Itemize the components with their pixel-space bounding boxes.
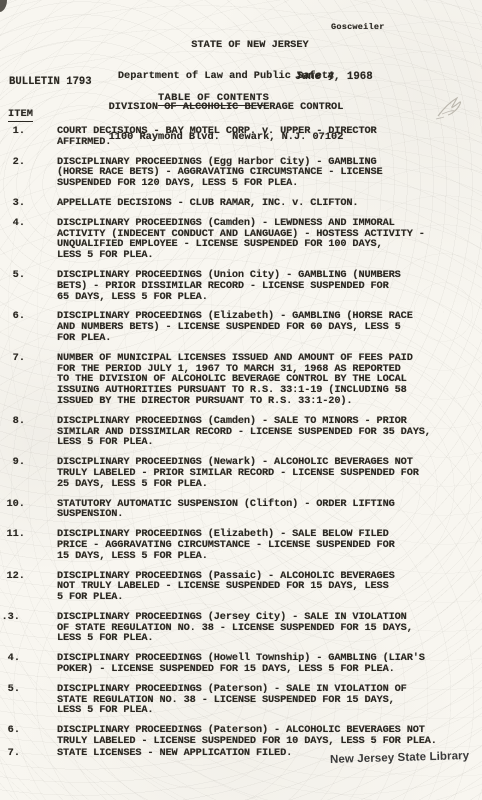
toc-item-text: DISCIPLINARY PROCEEDINGS (Paterson) - AL…	[57, 725, 437, 747]
scanned-document-page: STATE OF NEW JERSEY Department of Law an…	[0, 0, 482, 800]
bulletin-number: BULLETIN 1793	[9, 76, 92, 88]
toc-item-13: .3.DISCIPLINARY PROCEEDINGS (Jersey City…	[0, 612, 482, 644]
toc-item-text: DISCIPLINARY PROCEEDINGS (Paterson) - SA…	[57, 684, 407, 716]
toc-item-9: 9.DISCIPLINARY PROCEEDINGS (Newark) - AL…	[0, 457, 482, 489]
item-column-header: ITEM	[8, 108, 33, 122]
toc-item-number: 6.	[0, 311, 25, 343]
table-of-contents-list: 1.COURT DECISIONS - BAY MOTEL CORP. v. U…	[0, 126, 482, 768]
toc-item-number: 8.	[0, 416, 25, 448]
toc-item-10: 10.STATUTORY AUTOMATIC SUSPENSION (Clift…	[0, 499, 482, 521]
document-date: June 4, 1968	[295, 71, 373, 83]
toc-item-text: APPELLATE DECISIONS - CLUB RAMAR, INC. v…	[57, 198, 358, 209]
toc-item-text: DISCIPLINARY PROCEEDINGS (Camden) - SALE…	[57, 416, 431, 448]
toc-item-number: 12.	[0, 571, 25, 603]
toc-item-number: 7.	[0, 748, 20, 759]
toc-item-15: 5.DISCIPLINARY PROCEEDINGS (Paterson) - …	[0, 684, 482, 716]
toc-item-text: DISCIPLINARY PROCEEDINGS (Camden) - LEWD…	[57, 218, 425, 261]
toc-item-text: COURT DECISIONS - BAY MOTEL CORP. v. UPP…	[57, 126, 377, 148]
toc-item-number: 4.	[0, 218, 25, 261]
toc-item-text: DISCIPLINARY PROCEEDINGS (Jersey City) -…	[57, 612, 413, 644]
toc-item-number: 3.	[0, 198, 25, 209]
toc-item-14: 4.DISCIPLINARY PROCEEDINGS (Howell Towns…	[0, 653, 482, 675]
toc-item-12: 12.DISCIPLINARY PROCEEDINGS (Passaic) - …	[0, 571, 482, 603]
toc-item-text: DISCIPLINARY PROCEEDINGS (Newark) - ALCO…	[57, 457, 419, 489]
toc-item-number: 5.	[0, 270, 25, 302]
toc-item-text: NUMBER OF MUNICIPAL LICENSES ISSUED AND …	[57, 353, 413, 407]
toc-item-text: DISCIPLINARY PROCEEDINGS (Howell Townshi…	[57, 653, 425, 675]
toc-item-text: DISCIPLINARY PROCEEDINGS (Union City) - …	[57, 270, 401, 302]
toc-item-number: 11.	[0, 529, 25, 561]
toc-item-6: 6.DISCIPLINARY PROCEEDINGS (Elizabeth) -…	[0, 311, 482, 343]
toc-item-7: 7.NUMBER OF MUNICIPAL LICENSES ISSUED AN…	[0, 353, 482, 407]
handwritten-name-annotation: Goscweiler	[331, 22, 385, 32]
toc-item-number: .3.	[0, 612, 20, 644]
toc-item-text: STATE LICENSES - NEW APPLICATION FILED.	[57, 748, 292, 759]
toc-item-2: 2.DISCIPLINARY PROCEEDINGS (Egg Harbor C…	[0, 157, 482, 189]
toc-item-number: 9.	[0, 457, 25, 489]
toc-item-3: 3.APPELLATE DECISIONS - CLUB RAMAR, INC.…	[0, 198, 482, 209]
toc-item-number: 6.	[0, 725, 20, 747]
toc-item-text: DISCIPLINARY PROCEEDINGS (Egg Harbor Cit…	[57, 157, 383, 189]
toc-item-8: 8.DISCIPLINARY PROCEEDINGS (Camden) - SA…	[0, 416, 482, 448]
toc-item-16: 6.DISCIPLINARY PROCEEDINGS (Paterson) - …	[0, 725, 482, 747]
toc-item-text: DISCIPLINARY PROCEEDINGS (Elizabeth) - S…	[57, 529, 395, 561]
toc-item-11: 11.DISCIPLINARY PROCEEDINGS (Elizabeth) …	[0, 529, 482, 561]
scan-corner-artifact	[0, 0, 7, 12]
toc-item-text: DISCIPLINARY PROCEEDINGS (Passaic) - ALC…	[57, 571, 395, 603]
toc-item-number: 1.	[0, 126, 25, 148]
toc-item-5: 5.DISCIPLINARY PROCEEDINGS (Union City) …	[0, 270, 482, 302]
toc-item-number: 7.	[0, 353, 25, 407]
toc-item-number: 10.	[0, 499, 25, 521]
toc-item-number: 5.	[0, 684, 20, 716]
toc-item-text: STATUTORY AUTOMATIC SUSPENSION (Clifton)…	[57, 499, 395, 521]
toc-item-4: 4.DISCIPLINARY PROCEEDINGS (Camden) - LE…	[0, 218, 482, 261]
table-of-contents-title: TABLE OF CONTENTS	[158, 92, 269, 106]
toc-item-number: 2.	[0, 157, 25, 189]
toc-item-1: 1.COURT DECISIONS - BAY MOTEL CORP. v. U…	[0, 126, 482, 148]
letterhead-state: STATE OF NEW JERSEY	[24, 40, 476, 50]
toc-item-text: DISCIPLINARY PROCEEDINGS (Elizabeth) - G…	[57, 311, 413, 343]
toc-item-number: 4.	[0, 653, 20, 675]
